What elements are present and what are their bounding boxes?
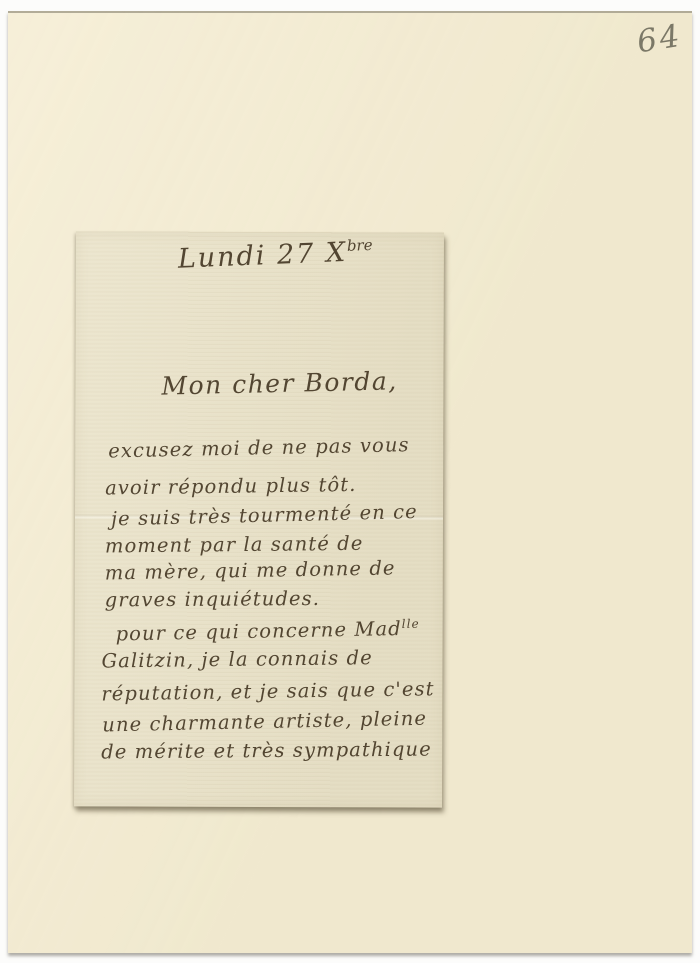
line-text: une charmante artiste, pleine (102, 707, 427, 737)
letter-line: réputation, et je sais que c'est (101, 677, 435, 705)
backing-sheet: 64 Lundi 27 Xbre Mon cher Borda, excusez… (8, 11, 692, 953)
line-text: pour ce qui concerne Mad (115, 617, 402, 645)
date-text: Lundi 27 X (177, 237, 347, 275)
line-text: de mérite et très sympathique (101, 738, 432, 764)
letter-line: une charmante artiste, pleine (102, 707, 427, 737)
letter-line: avoir répondu plus tôt. (105, 473, 357, 500)
letter-line: moment par la santé de (105, 532, 364, 558)
letter-line: graves inquiétudes. (105, 587, 320, 612)
letter-line: de mérite et très sympathique (101, 738, 432, 764)
line-text: moment par la santé de (105, 532, 364, 558)
line-text: Galitzin, je la connais de (101, 646, 373, 672)
letter-line: je suis très tourmenté en ce (111, 500, 418, 530)
line-text: avoir répondu plus tôt. (105, 473, 357, 500)
letter-line: excusez moi de ne pas vous (108, 433, 410, 462)
letter-line: pour ce qui concerne Madlle (115, 617, 420, 646)
line-text: graves inquiétudes. (105, 587, 320, 612)
letter-line: Galitzin, je la connais de (101, 646, 373, 672)
letter-line: ma mère, qui me donne de (105, 556, 396, 584)
letter-page: Lundi 27 Xbre Mon cher Borda, excusez mo… (74, 231, 444, 807)
line-text: réputation, et je sais que c'est (101, 677, 435, 705)
line-superscript: lle (402, 617, 420, 631)
date-superscript: bre (347, 236, 373, 255)
scanned-letter-document: 64 Lundi 27 Xbre Mon cher Borda, excusez… (0, 0, 700, 963)
letter-salutation: Mon cher Borda, (161, 366, 398, 400)
line-text: excusez moi de ne pas vous (108, 433, 410, 462)
line-text: ma mère, qui me donne de (105, 556, 396, 584)
line-text: je suis très tourmenté en ce (111, 500, 418, 530)
letter-date: Lundi 27 Xbre (177, 236, 373, 275)
folio-number: 64 (634, 18, 685, 61)
